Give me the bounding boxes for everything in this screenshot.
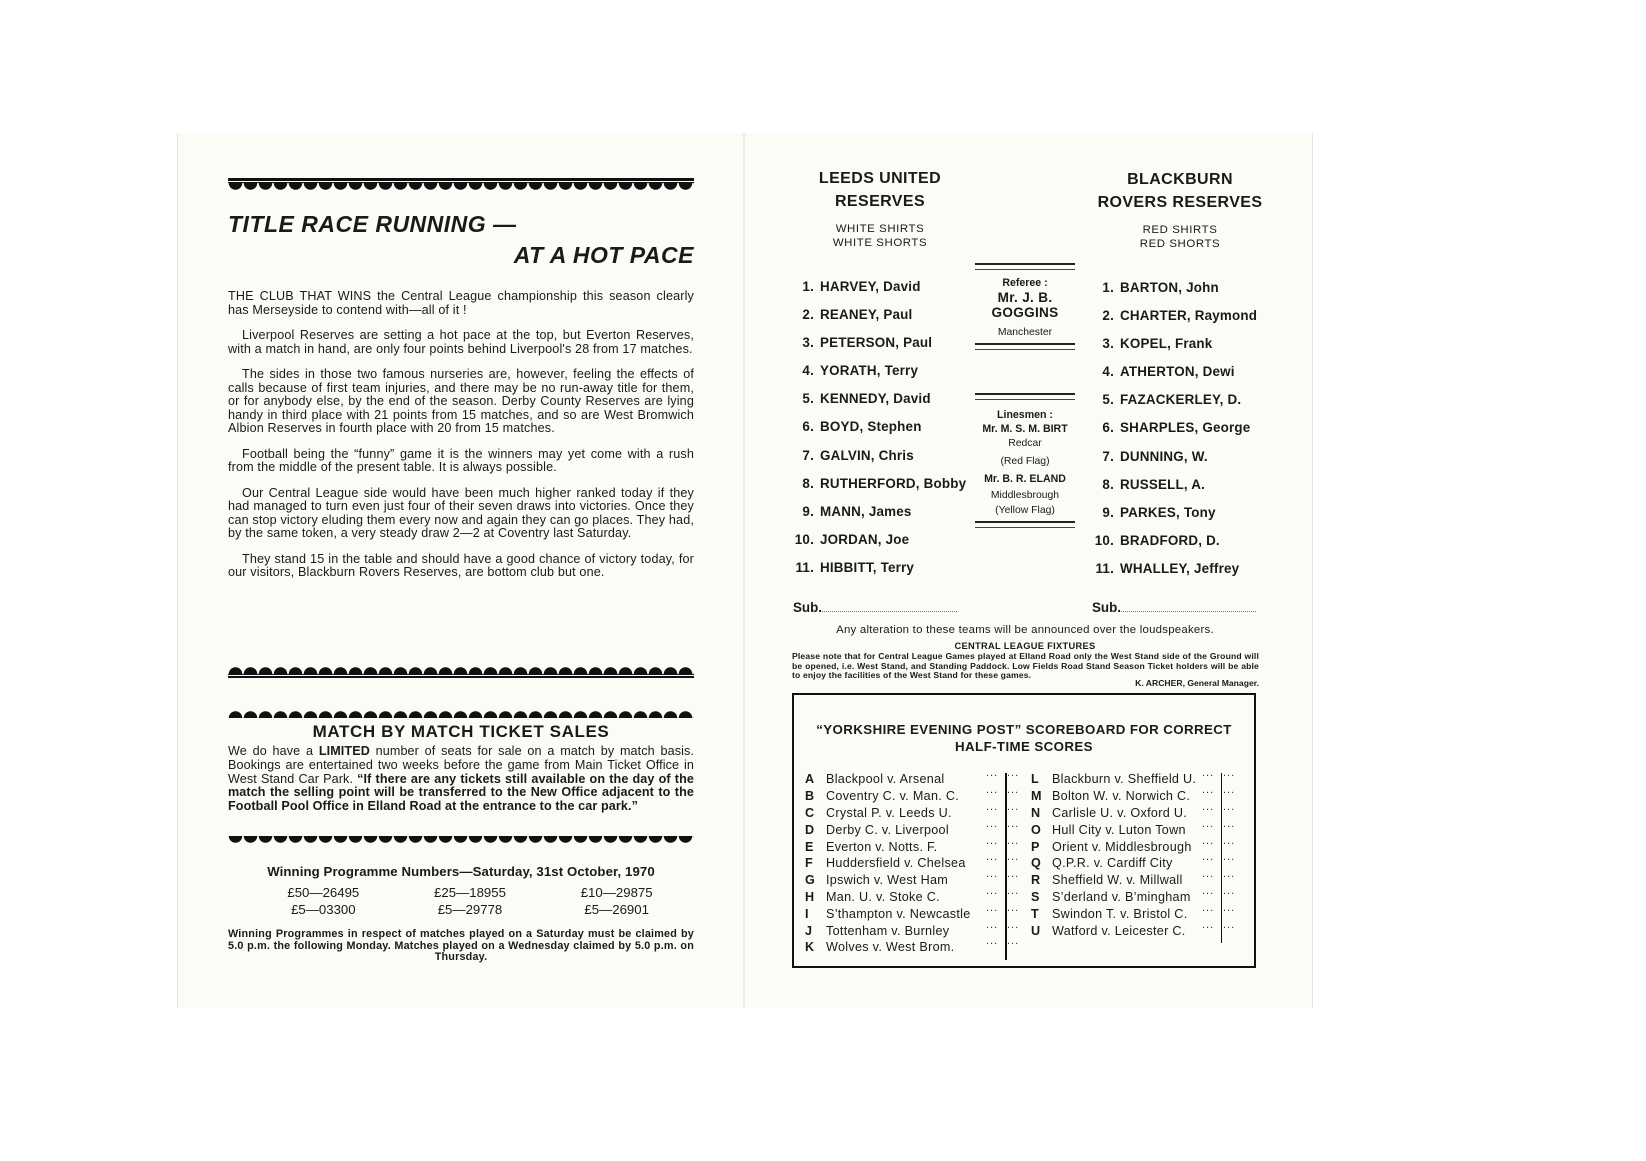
match-name: Q.P.R. v. Cardiff City [1052, 856, 1198, 870]
player-number: 3. [787, 335, 814, 350]
match-letter: O [1031, 823, 1052, 837]
player-first-name: Dewi [1203, 364, 1235, 379]
player-surname: RUSSELL, [1120, 477, 1191, 492]
match-name: Derby C. v. Liverpool [826, 823, 982, 837]
player-first-name: Chris [879, 448, 914, 463]
winning-numbers-title: Winning Programme Numbers—Saturday, 31st… [228, 864, 694, 879]
player-first-name: David [893, 391, 930, 406]
referee-name: GOGGINS [975, 305, 1075, 320]
home-team-kit: WHITE SHIRTS [790, 222, 970, 236]
player-first-name: Tony [1184, 505, 1216, 520]
player-number: 10. [787, 532, 814, 547]
winning-number: £5—26901 [543, 902, 690, 917]
score-away-blank: ... [1223, 902, 1235, 914]
player-row: 9.MANN, James [787, 504, 966, 532]
page-fold [743, 133, 745, 1008]
rule [975, 263, 1075, 270]
referee-label: Referee : [975, 276, 1075, 290]
score-home-blank: ... [1202, 818, 1214, 830]
score-away-blank: ... [1223, 835, 1235, 847]
score-away-blank: ... [1223, 784, 1235, 796]
player-number: 5. [787, 391, 814, 406]
player-number: 5. [1087, 392, 1114, 407]
player-row: 6.BOYD, Stephen [787, 419, 966, 447]
referee-town: Manchester [975, 325, 1075, 340]
player-first-name: George [1202, 420, 1250, 435]
linesman-1-flag: (Red Flag) [975, 454, 1075, 469]
player-number: 6. [787, 419, 814, 434]
home-team-header: LEEDS UNITED RESERVES WHITE SHIRTS WHITE… [790, 167, 970, 250]
player-row: 4.YORATH, Terry [787, 363, 966, 391]
player-first-name: Terry [881, 560, 915, 575]
article-title-line2: AT A HOT PACE [514, 242, 694, 269]
winning-number: £25—18955 [397, 885, 544, 900]
player-first-name: D. [1228, 392, 1242, 407]
player-row: 1.HARVEY, David [787, 279, 966, 307]
home-sub-label: Sub. [793, 600, 822, 615]
score-home-blank: ... [1202, 851, 1214, 863]
player-number: 7. [787, 448, 814, 463]
rule [975, 393, 1075, 400]
score-divider-line [1221, 773, 1223, 943]
rule [975, 343, 1075, 350]
player-number: 1. [1087, 280, 1114, 295]
scalloped-divider [228, 666, 694, 678]
fixtures-title: CENTRAL LEAGUE FIXTURES [790, 641, 1260, 651]
player-row: 2.CHARTER, Raymond [1087, 308, 1257, 336]
winning-number: £5—03300 [250, 902, 397, 917]
referee-name: Mr. J. B. [975, 290, 1075, 305]
linesman-1-name: Mr. M. S. M. BIRT [975, 422, 1075, 436]
player-first-name: Frank [1175, 336, 1212, 351]
player-number: 11. [787, 560, 814, 575]
match-letter: A [805, 772, 826, 786]
player-number: 3. [1087, 336, 1114, 351]
player-number: 7. [1087, 449, 1114, 464]
player-number: 6. [1087, 420, 1114, 435]
player-first-name: David [883, 279, 920, 294]
player-number: 9. [787, 504, 814, 519]
match-name: Bolton W. v. Norwich C. [1052, 789, 1198, 803]
player-number: 2. [787, 307, 814, 322]
home-team-name: RESERVES [790, 190, 970, 213]
winning-number: £10—29875 [543, 885, 690, 900]
score-away-blank: ... [1223, 767, 1235, 779]
away-team-header: BLACKBURN ROVERS RESERVES RED SHIRTS RED… [1080, 168, 1280, 251]
article-paragraph: Football being the “funny” game it is th… [228, 448, 694, 475]
away-team-kit: RED SHIRTS [1080, 223, 1280, 237]
match-name: Everton v. Notts. F. [826, 840, 982, 854]
player-first-name: Paul [903, 335, 932, 350]
score-away-blank: ... [1007, 801, 1019, 813]
score-away-blank: ... [1007, 885, 1019, 897]
linesmen-label: Linesmen : [975, 408, 1075, 422]
article-body: THE CLUB THAT WINS the Central League ch… [228, 290, 694, 592]
match-letter: D [805, 823, 826, 837]
away-sub-label: Sub. [1092, 600, 1121, 615]
score-away-blank: ... [1223, 885, 1235, 897]
score-home-blank: ... [1202, 902, 1214, 914]
article-paragraph: Our Central League side would have been … [228, 487, 694, 541]
player-surname: KOPEL, [1120, 336, 1175, 351]
player-first-name: Stephen [867, 419, 921, 434]
player-surname: BRADFORD, [1120, 533, 1206, 548]
match-letter: H [805, 890, 826, 904]
article-paragraph: THE CLUB THAT WINS the Central League ch… [228, 290, 694, 317]
score-home-blank: ... [986, 885, 998, 897]
scalloped-divider [228, 709, 694, 718]
away-team-kit: RED SHORTS [1080, 237, 1280, 251]
player-surname: PARKES, [1120, 505, 1184, 520]
score-home-blank: ... [1202, 801, 1214, 813]
player-first-name: Jeffrey [1194, 561, 1239, 576]
fixtures-signature: K. ARCHER, General Manager. [792, 678, 1259, 688]
winning-numbers-grid: £50—26495£25—18955£10—29875£5—03300£5—29… [250, 885, 690, 917]
player-row: 8.RUTHERFORD, Bobby [787, 476, 966, 504]
match-letter: U [1031, 924, 1052, 938]
away-player-list: 1.BARTON, John2.CHARTER, Raymond3.KOPEL,… [1087, 280, 1257, 589]
fixtures-note: Please note that for Central League Game… [792, 652, 1259, 681]
player-first-name: Paul [883, 307, 912, 322]
player-row: 5.KENNEDY, David [787, 391, 966, 419]
player-first-name: James [869, 504, 912, 519]
scoreboard-columns: ABlackpool v. Arsenal......BCoventry C. … [805, 771, 1246, 956]
score-home-blank: ... [986, 919, 998, 931]
match-letter: K [805, 940, 826, 954]
match-letter: L [1031, 772, 1052, 786]
score-away-blank: ... [1007, 935, 1019, 947]
player-number: 8. [1087, 477, 1114, 492]
linesman-1-town: Redcar [975, 436, 1075, 451]
score-away-blank: ... [1007, 851, 1019, 863]
match-name: Watford v. Leicester C. [1052, 924, 1198, 938]
player-surname: YORATH, [820, 363, 885, 378]
player-surname: JORDAN, [820, 532, 886, 547]
score-divider-line [1005, 773, 1007, 960]
sub-blank [1121, 601, 1256, 612]
player-row: 11.WHALLEY, Jeffrey [1087, 561, 1257, 589]
score-away-blank: ... [1223, 851, 1235, 863]
away-sub-line: Sub. [1092, 600, 1256, 615]
winning-number: £5—29778 [397, 902, 544, 917]
player-surname: KENNEDY, [820, 391, 893, 406]
score-home-blank: ... [1202, 885, 1214, 897]
score-home-blank: ... [986, 868, 998, 880]
score-away-blank: ... [1223, 919, 1235, 931]
player-first-name: Terry [885, 363, 919, 378]
score-home-blank: ... [1202, 784, 1214, 796]
score-home-blank: ... [986, 818, 998, 830]
match-name: S’thampton v. Newcastle [826, 907, 982, 921]
player-first-name: Raymond [1195, 308, 1257, 323]
player-surname: BOYD, [820, 419, 867, 434]
article-paragraph: The sides in those two famous nurseries … [228, 368, 694, 436]
match-name: Tottenham v. Burnley [826, 924, 982, 938]
player-row: 3.PETERSON, Paul [787, 335, 966, 363]
match-letter: T [1031, 907, 1052, 921]
half-time-scoreboard: “YORKSHIRE EVENING POST” SCOREBOARD FOR … [792, 693, 1256, 968]
referee-block: Referee : Mr. J. B. GOGGINS Manchester [975, 263, 1075, 350]
player-first-name: W. [1192, 449, 1208, 464]
home-team-kit: WHITE SHORTS [790, 236, 970, 250]
player-row: 7.GALVIN, Chris [787, 448, 966, 476]
scoreboard-row: KWolves v. West Brom....... [805, 939, 1030, 956]
match-letter: F [805, 856, 826, 870]
match-name: Crystal P. v. Leeds U. [826, 806, 982, 820]
player-surname: WHALLEY, [1120, 561, 1194, 576]
score-away-blank: ... [1007, 767, 1019, 779]
player-surname: PETERSON, [820, 335, 903, 350]
score-away-blank: ... [1007, 835, 1019, 847]
score-home-blank: ... [986, 784, 998, 796]
player-first-name: Bobby [924, 476, 967, 491]
player-surname: HIBBITT, [820, 560, 881, 575]
score-home-blank: ... [986, 902, 998, 914]
score-away-blank: ... [1007, 919, 1019, 931]
player-number: 4. [787, 363, 814, 378]
scoreboard-right-column: LBlackburn v. Sheffield U.......MBolton … [1031, 771, 1246, 956]
ticket-text: We do have a [228, 744, 319, 758]
player-surname: ATHERTON, [1120, 364, 1203, 379]
score-home-blank: ... [986, 767, 998, 779]
linesmen-block: Linesmen : Mr. M. S. M. BIRT Redcar (Red… [975, 393, 1075, 528]
match-letter: P [1031, 840, 1052, 854]
score-away-blank: ... [1007, 784, 1019, 796]
score-home-blank: ... [1202, 767, 1214, 779]
player-first-name: D. [1206, 533, 1220, 548]
sub-blank [822, 601, 957, 612]
player-first-name: John [1186, 280, 1219, 295]
match-letter: R [1031, 873, 1052, 887]
player-row: 3.KOPEL, Frank [1087, 336, 1257, 364]
match-name: S’derland v. B’mingham [1052, 890, 1198, 904]
player-surname: RUTHERFORD, [820, 476, 924, 491]
player-number: 8. [787, 476, 814, 491]
match-letter: M [1031, 789, 1052, 803]
article-paragraph: Liverpool Reserves are setting a hot pac… [228, 329, 694, 356]
match-name: Ipswich v. West Ham [826, 873, 982, 887]
player-surname: MANN, [820, 504, 869, 519]
home-team-name: LEEDS UNITED [790, 167, 970, 190]
player-row: 1.BARTON, John [1087, 280, 1257, 308]
linesman-2-flag: (Yellow Flag) [975, 503, 1075, 518]
match-name: Carlisle U. v. Oxford U. [1052, 806, 1198, 820]
score-home-blank: ... [986, 935, 998, 947]
match-name: Huddersfield v. Chelsea [826, 856, 982, 870]
score-away-blank: ... [1007, 868, 1019, 880]
match-letter: S [1031, 890, 1052, 904]
ticket-sales-title: MATCH BY MATCH TICKET SALES [228, 722, 694, 742]
match-letter: C [805, 806, 826, 820]
scoreboard-title: HALF-TIME SCORES [794, 738, 1254, 755]
match-name: Swindon T. v. Bristol C. [1052, 907, 1198, 921]
ticket-text-limited: LIMITED [319, 744, 370, 758]
match-name: Wolves v. West Brom. [826, 940, 982, 954]
player-surname: SHARPLES, [1120, 420, 1202, 435]
player-surname: HARVEY, [820, 279, 883, 294]
player-row: 4.ATHERTON, Dewi [1087, 364, 1257, 392]
away-team-name: ROVERS RESERVES [1080, 191, 1280, 214]
player-row: 8.RUSSELL, A. [1087, 477, 1257, 505]
match-name: Sheffield W. v. Millwall [1052, 873, 1198, 887]
winning-note: Winning Programmes in respect of matches… [228, 929, 694, 964]
match-name: Orient v. Middlesbrough [1052, 840, 1198, 854]
away-team-name: BLACKBURN [1080, 168, 1280, 191]
scoreboard-left-column: ABlackpool v. Arsenal......BCoventry C. … [805, 771, 1030, 956]
score-home-blank: ... [1202, 835, 1214, 847]
match-letter: Q [1031, 856, 1052, 870]
match-letter: G [805, 873, 826, 887]
linesman-2-town: Middlesbrough [975, 488, 1075, 503]
score-home-blank: ... [986, 801, 998, 813]
score-home-blank: ... [986, 851, 998, 863]
score-away-blank: ... [1223, 801, 1235, 813]
linesman-2-name: Mr. B. R. ELAND [975, 472, 1075, 486]
match-letter: N [1031, 806, 1052, 820]
player-number: 2. [1087, 308, 1114, 323]
ticket-sales-body: We do have a LIMITED number of seats for… [228, 745, 694, 814]
score-home-blank: ... [986, 835, 998, 847]
player-row: 11.HIBBITT, Terry [787, 560, 966, 588]
player-number: 9. [1087, 505, 1114, 520]
player-number: 11. [1087, 561, 1114, 576]
article-title-line1: TITLE RACE RUNNING — [228, 211, 517, 238]
announcement: Any alteration to these teams will be an… [790, 624, 1260, 636]
player-row: 5.FAZACKERLEY, D. [1087, 392, 1257, 420]
match-name: Blackpool v. Arsenal [826, 772, 982, 786]
player-row: 9.PARKES, Tony [1087, 505, 1257, 533]
winning-number: £50—26495 [250, 885, 397, 900]
player-surname: GALVIN, [820, 448, 879, 463]
match-letter: I [805, 907, 826, 921]
player-number: 1. [787, 279, 814, 294]
score-away-blank: ... [1007, 902, 1019, 914]
match-name: Coventry C. v. Man. C. [826, 789, 982, 803]
match-name: Man. U. v. Stoke C. [826, 890, 982, 904]
home-player-list: 1.HARVEY, David2.REANEY, Paul3.PETERSON,… [787, 279, 966, 588]
match-name: Blackburn v. Sheffield U. [1052, 772, 1198, 786]
score-home-blank: ... [1202, 919, 1214, 931]
scalloped-divider [228, 836, 694, 845]
article-paragraph: They stand 15 in the table and should ha… [228, 553, 694, 580]
player-surname: REANEY, [820, 307, 883, 322]
player-row: 6.SHARPLES, George [1087, 420, 1257, 448]
score-away-blank: ... [1007, 818, 1019, 830]
player-row: 7.DUNNING, W. [1087, 449, 1257, 477]
scalloped-divider [228, 178, 694, 190]
player-row: 2.REANEY, Paul [787, 307, 966, 335]
home-sub-line: Sub. [793, 600, 957, 615]
player-row: 10.BRADFORD, D. [1087, 533, 1257, 561]
match-name: Hull City v. Luton Town [1052, 823, 1198, 837]
score-away-blank: ... [1223, 868, 1235, 880]
match-letter: J [805, 924, 826, 938]
player-surname: DUNNING, [1120, 449, 1192, 464]
player-row: 10.JORDAN, Joe [787, 532, 966, 560]
scoreboard-row: UWatford v. Leicester C....... [1031, 922, 1246, 939]
player-surname: BARTON, [1120, 280, 1186, 295]
match-letter: B [805, 789, 826, 803]
player-surname: CHARTER, [1120, 308, 1195, 323]
rule [975, 521, 1075, 528]
player-first-name: Joe [886, 532, 910, 547]
player-first-name: A. [1191, 477, 1205, 492]
match-letter: E [805, 840, 826, 854]
player-number: 4. [1087, 364, 1114, 379]
score-away-blank: ... [1223, 818, 1235, 830]
score-home-blank: ... [1202, 868, 1214, 880]
scoreboard-title: “YORKSHIRE EVENING POST” SCOREBOARD FOR … [794, 721, 1254, 738]
player-number: 10. [1087, 533, 1114, 548]
player-surname: FAZACKERLEY, [1120, 392, 1228, 407]
